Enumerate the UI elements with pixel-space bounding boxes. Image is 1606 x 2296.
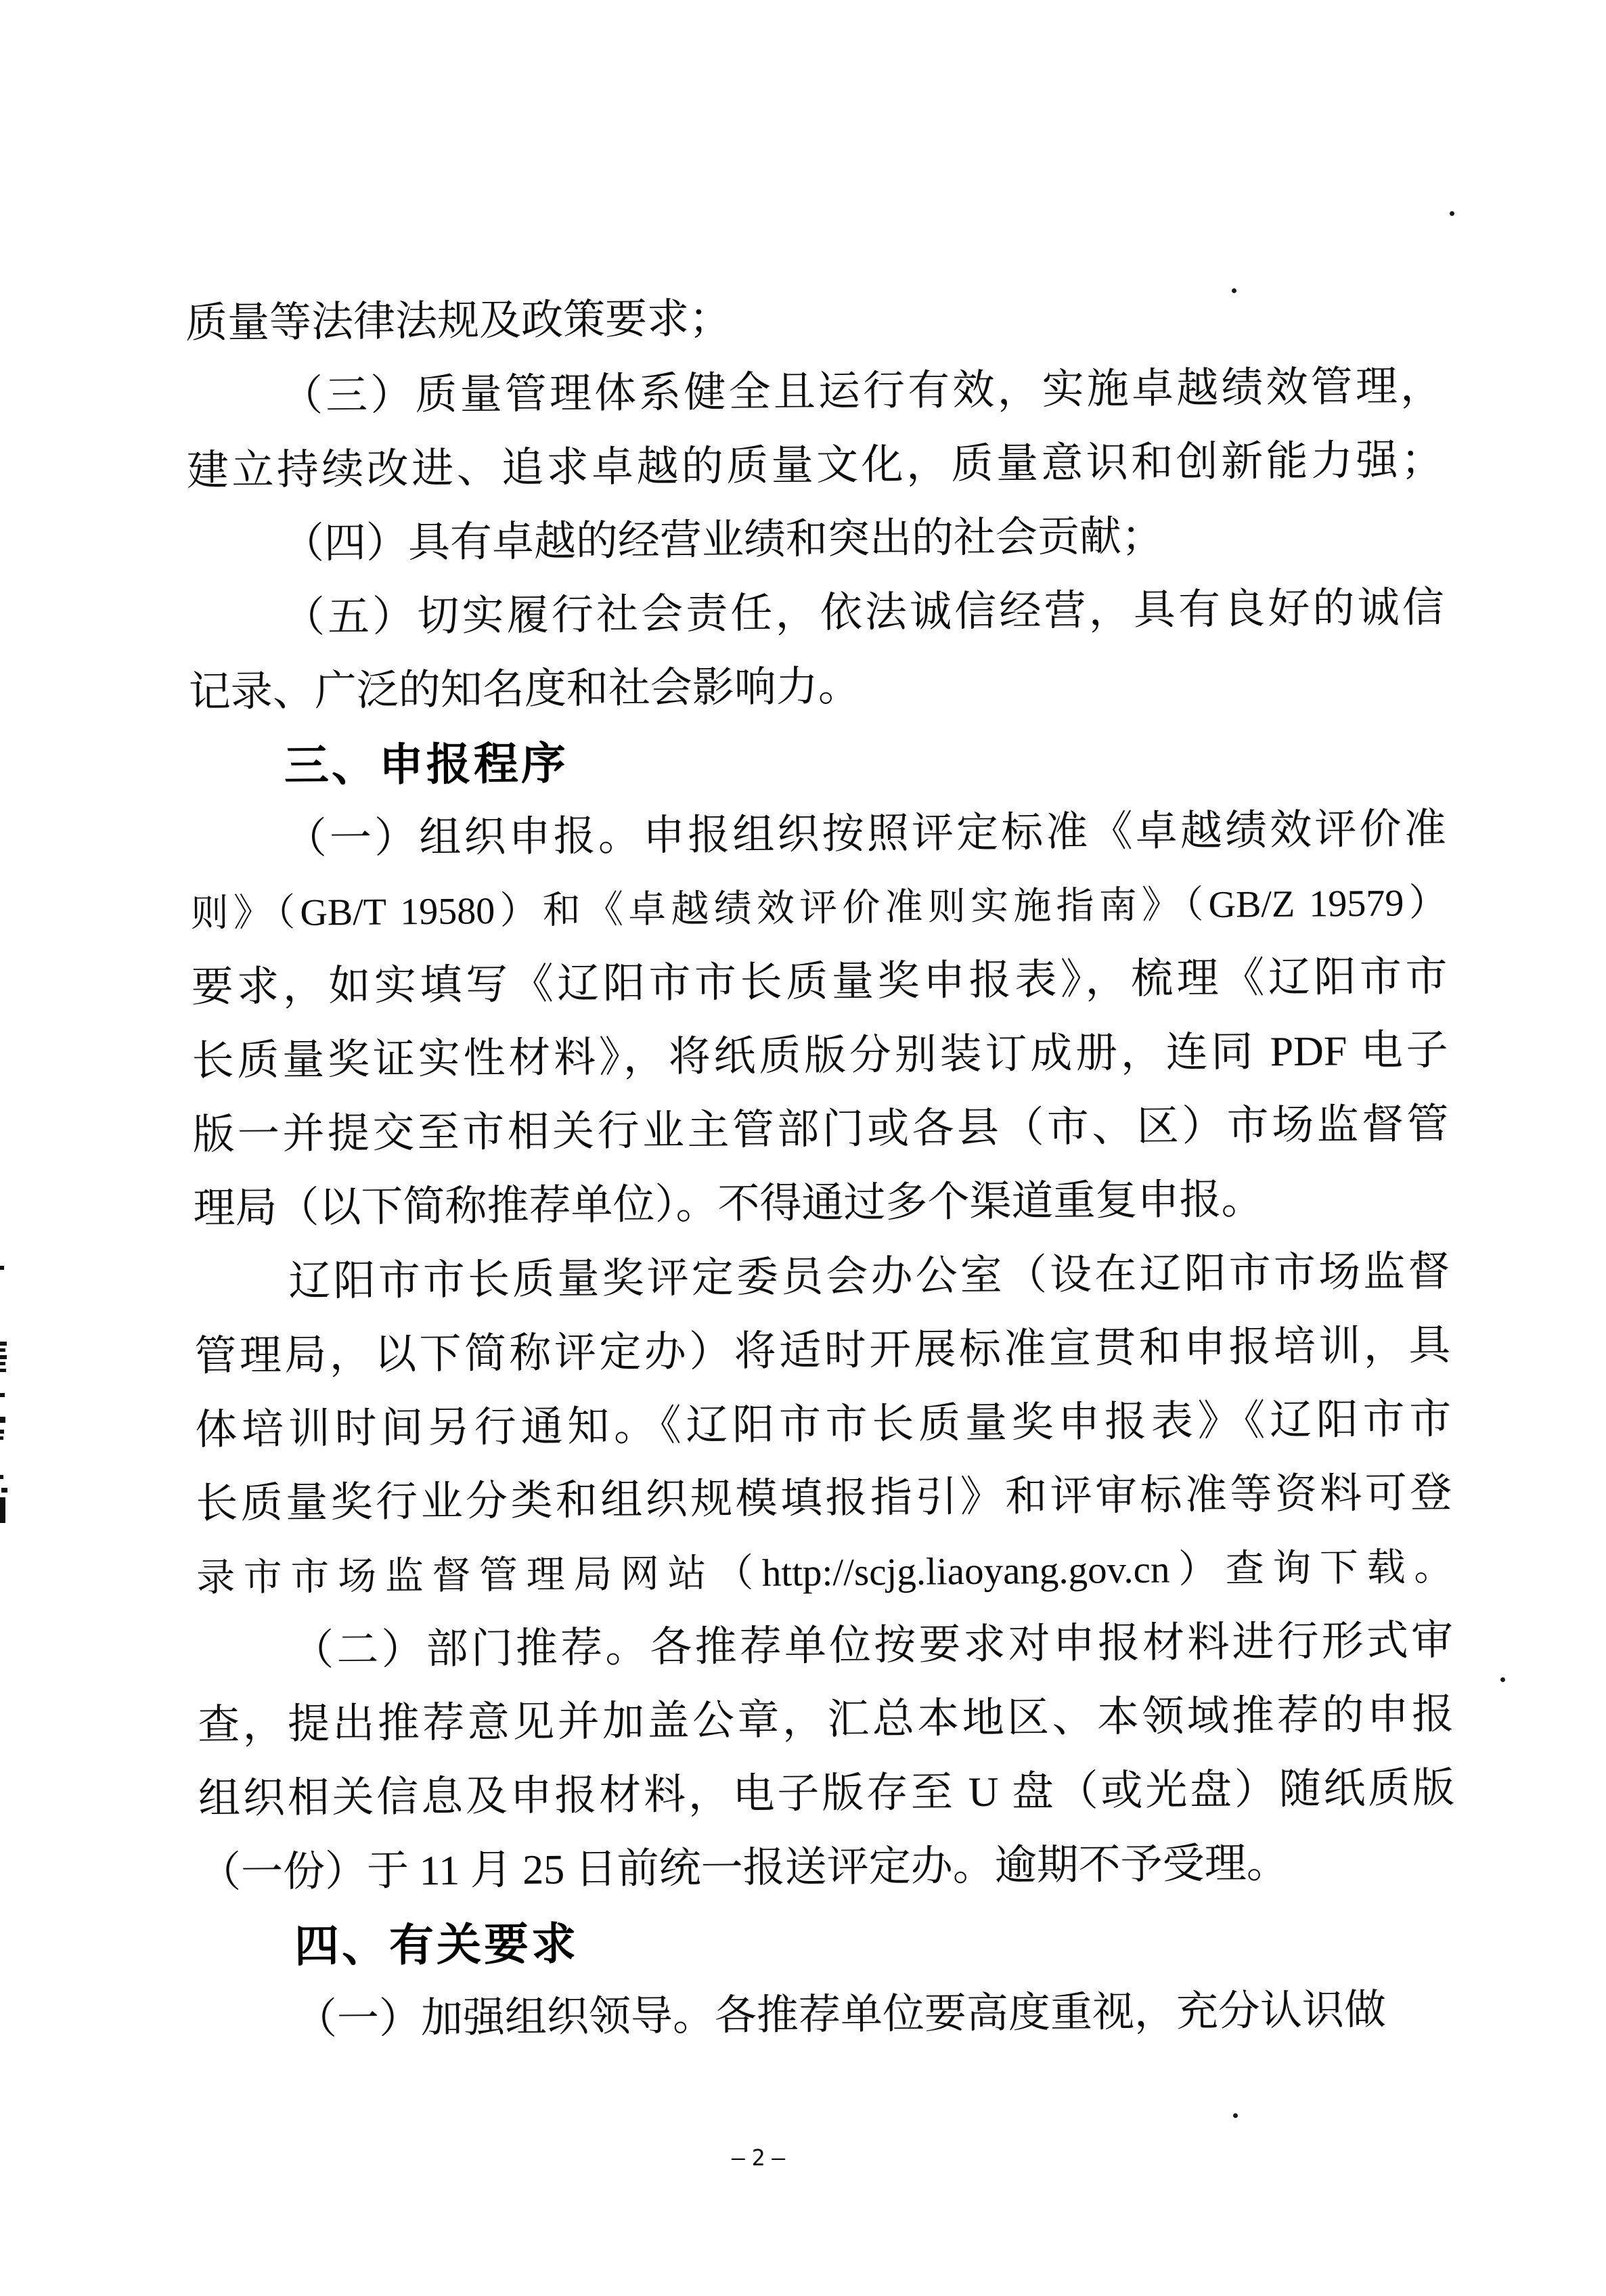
text-line: 组织相关信息及申报材料，电子版存至 U 盘（或光盘）随纸质版 — [198, 1752, 1455, 1836]
text-line: 则》（GB/T 19580）和《卓越绩效评价准则实施指南》（GB/Z 19579… — [190, 866, 1447, 951]
scan-artifact — [0, 1430, 4, 1434]
text-line: （一）加强组织领导。各推荐单位要高度重视，充分认识做 — [200, 1973, 1456, 2058]
text-line: 版一并提交至市相关行业主管部门或各县（市、区）市场监督管 — [192, 1088, 1449, 1172]
section-heading: 四、有关要求 — [200, 1899, 1456, 1984]
section-heading: 三、申报程序 — [189, 719, 1446, 803]
page-number: — 2 — — [697, 2144, 819, 2171]
scan-artifact — [0, 1417, 5, 1423]
scan-artifact — [0, 1355, 7, 1359]
scan-artifact — [0, 1348, 5, 1352]
text-line: 建立持续改进、追求卓越的质量文化，质量意识和创新能力强； — [187, 424, 1444, 508]
text-line: 记录、广泛的知名度和社会影响力。 — [188, 645, 1445, 730]
text-line: 长质量奖证实性材料》，将纸质版分别装订成册，连同 PDF 电子 — [192, 1014, 1448, 1099]
text-line: （一份）于 11 月 25 日前统一报送评定办。逾期不予受理。 — [199, 1826, 1456, 1910]
text-line: （五）切实履行社会责任，依法诚信经营，具有良好的诚信 — [187, 571, 1444, 656]
scan-noise-dot — [1450, 211, 1454, 216]
document-body: 质量等法律法规及政策要求； （三）质量管理体系健全且运行有效，实施卓越绩效管理，… — [185, 276, 1457, 2058]
scan-artifact — [0, 1362, 5, 1365]
scan-noise-dot — [1233, 2113, 1238, 2118]
scan-noise-dot — [1500, 1677, 1505, 1682]
text-line: 理局（以下简称推荐单位）。不得通过多个渠道重复申报。 — [193, 1162, 1450, 1246]
scan-artifact — [1, 1488, 7, 1493]
text-line: 录市市场监督管理局网站（http://scjg.liaoyang.gov.cn）… — [196, 1530, 1453, 1615]
text-line: 长质量奖行业分类和组织规模填报指引》和评审标准等资料可登 — [196, 1457, 1452, 1541]
text-line: 体培训时间另行通知。《辽阳市市长质量奖申报表》《辽阳市市 — [195, 1383, 1452, 1467]
scan-artifact — [0, 1475, 3, 1479]
scan-artifact — [0, 1436, 3, 1440]
scan-artifact — [0, 1342, 7, 1346]
scanned-document-page: 质量等法律法规及政策要求； （三）质量管理体系健全且运行有效，实施卓越绩效管理，… — [0, 0, 1606, 2296]
text-line: （四）具有卓越的经营业绩和突出的社会贡献； — [187, 498, 1444, 582]
text-line: （二）部门推荐。各推荐单位按要求对申报材料进行形式审 — [197, 1604, 1454, 1689]
text-line: 质量等法律法规及政策要求； — [185, 276, 1442, 361]
text-line: （三）质量管理体系健全且运行有效，实施卓越绩效管理， — [186, 350, 1443, 435]
scan-artifact — [0, 1266, 4, 1270]
scan-artifact — [0, 1393, 5, 1397]
text-line: （一）组织申报。申报组织按照评定标准《卓越绩效评价准 — [189, 793, 1446, 877]
text-line: 辽阳市市长质量奖评定委员会办公室（设在辽阳市市场监督 — [194, 1235, 1450, 1320]
text-line: 查，提出推荐意见并加盖公章，汇总本地区、本领域推荐的申报 — [198, 1678, 1454, 1763]
scan-artifact — [0, 1369, 6, 1372]
scan-artifact — [0, 1497, 5, 1523]
text-line: 要求，如实填写《辽阳市市长质量奖申报表》，梳理《辽阳市市 — [191, 940, 1448, 1025]
text-line: 管理局，以下简称评定办）将适时开展标准宣贯和申报培训，具 — [194, 1309, 1451, 1394]
